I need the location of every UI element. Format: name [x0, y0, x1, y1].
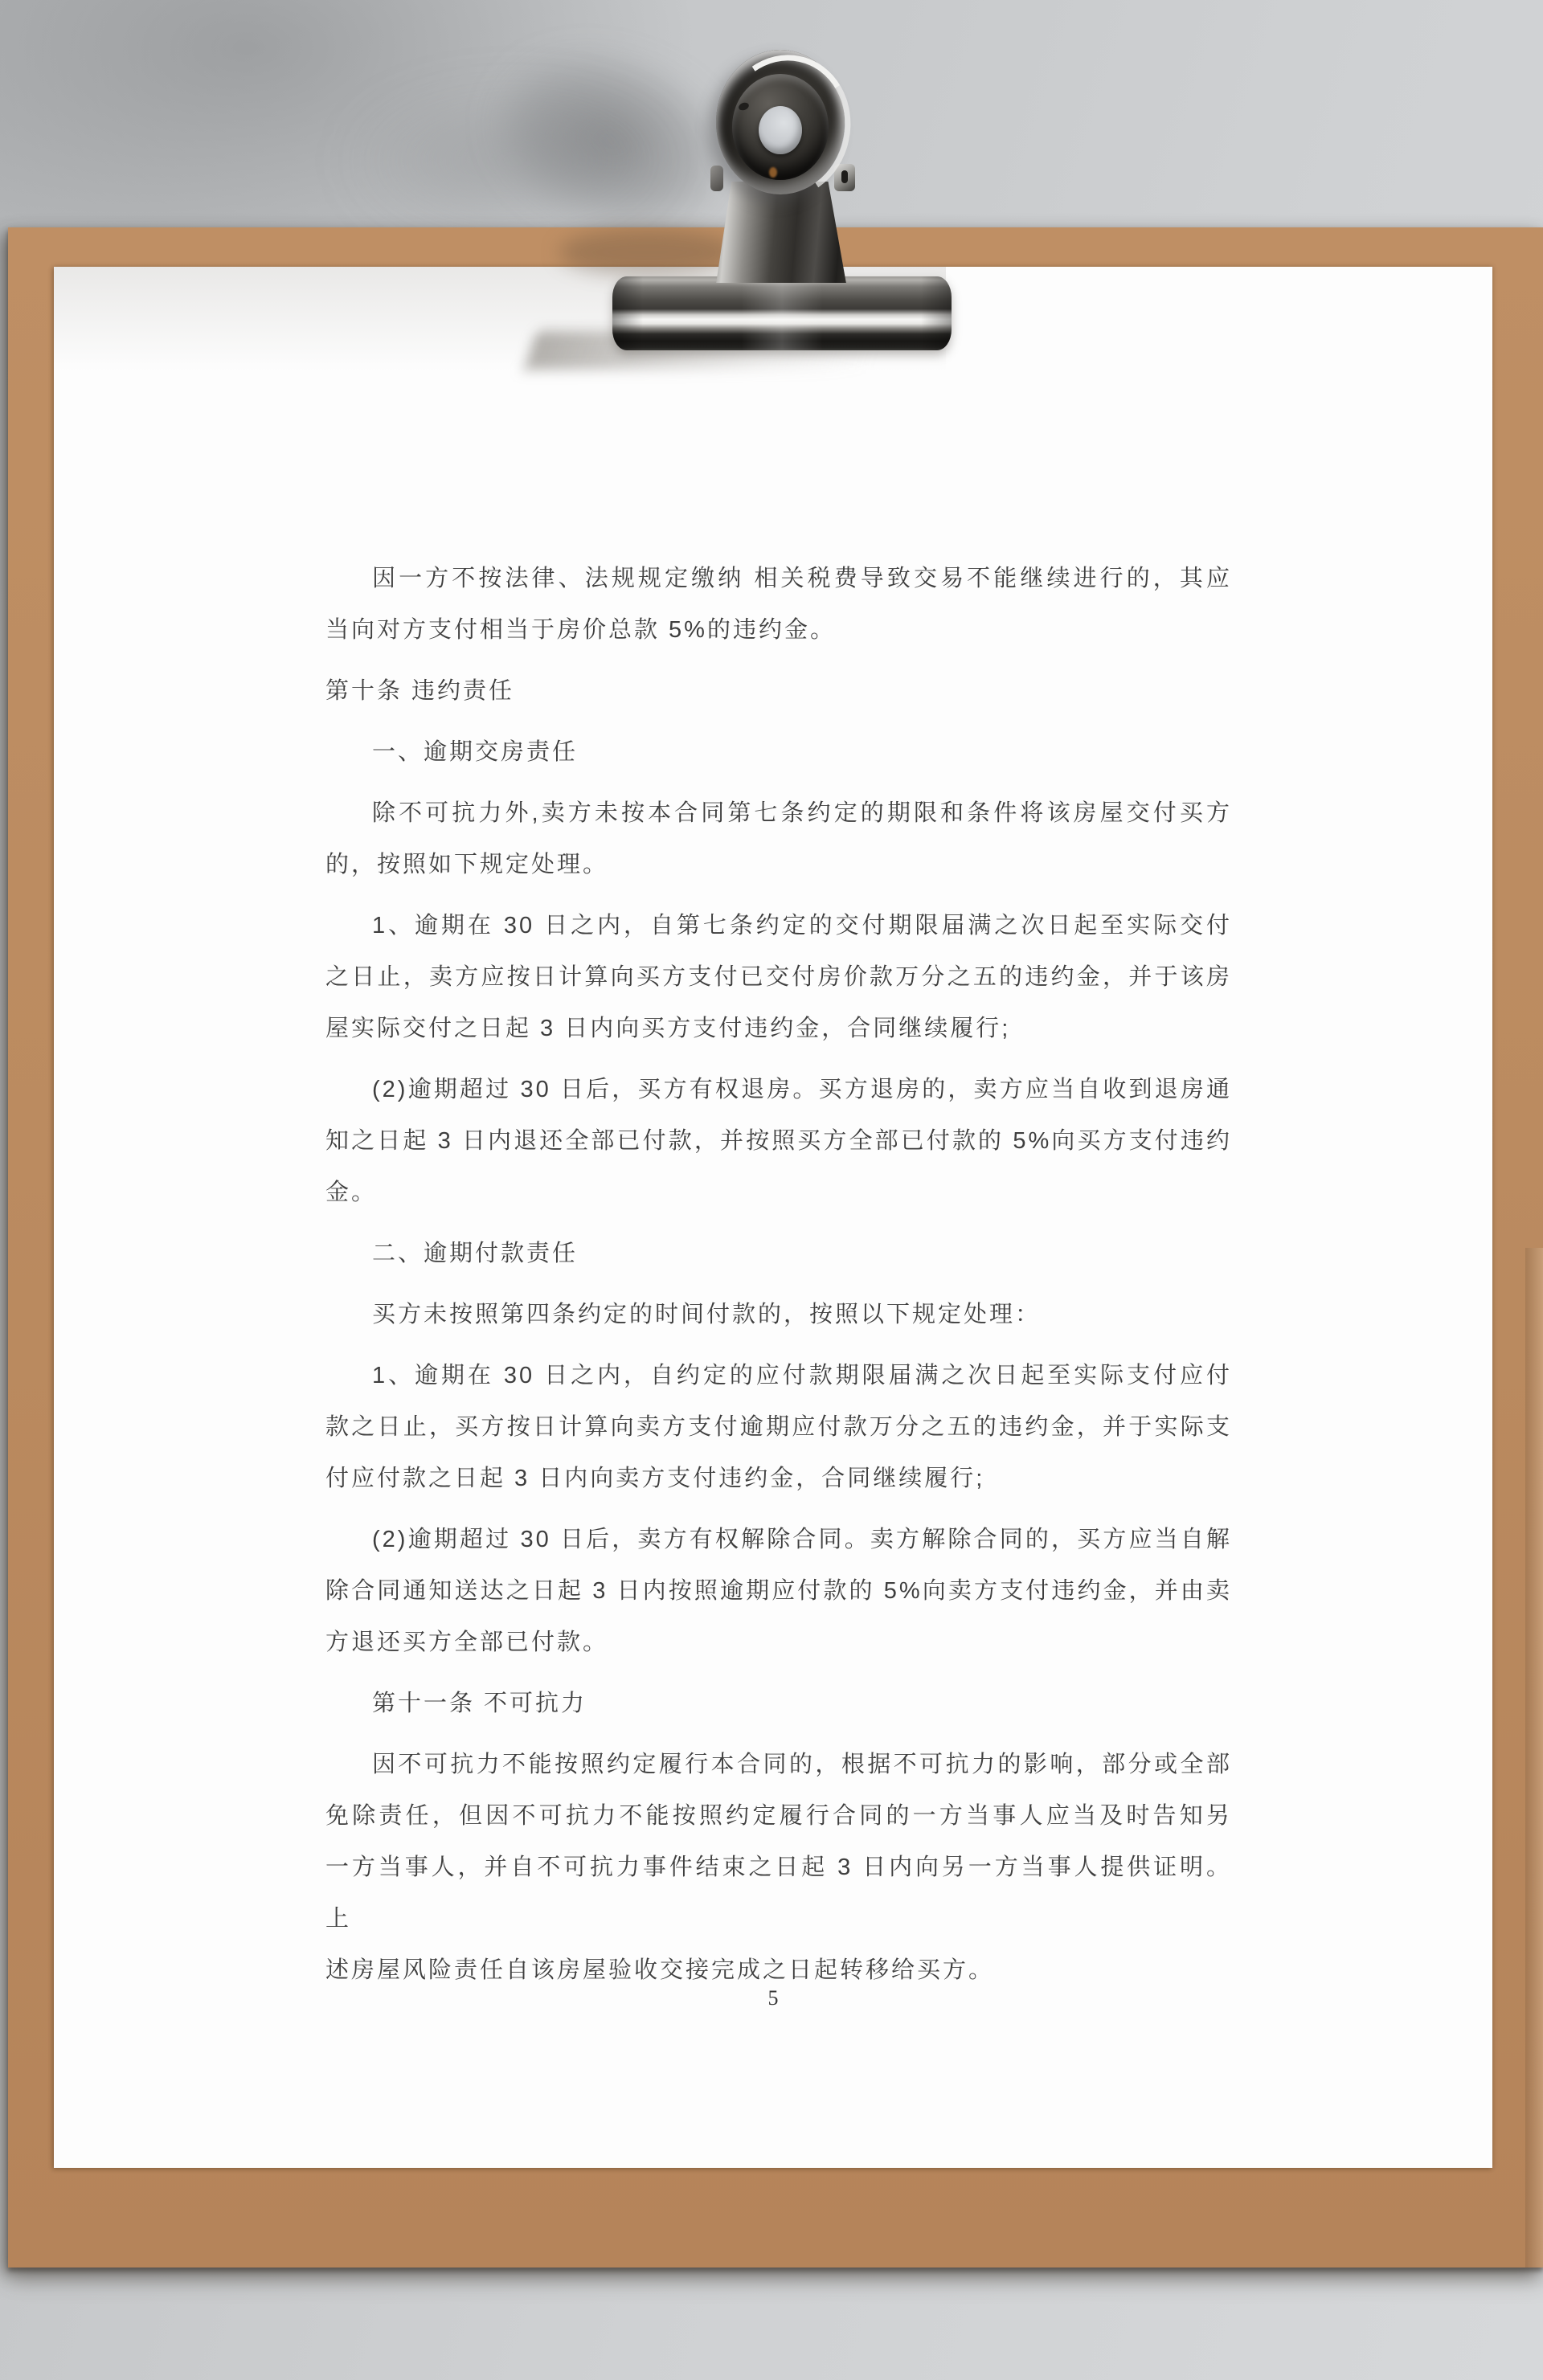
contract-line: 一方当事人，并自不可抗力事件结束之日起 3 日内向另一方当事人提供证明。上 [325, 1842, 1232, 1944]
clip-spring-head [716, 50, 845, 194]
clip-head-glint [769, 167, 777, 178]
contract-line: 免除责任，但因不可抗力不能按照约定履行合同的一方当事人应当及时告知另 [325, 1790, 1232, 1842]
clip-shadow-on-board [559, 229, 736, 276]
clip-jaw [612, 276, 952, 350]
contract-line: 1、逾期在 30 日之内，自第七条约定的交付期限届满之次日起至实际交付 [325, 900, 1232, 951]
contract-line: 当向对方支付相当于房价总款 5%的违约金。 [325, 604, 1232, 656]
clip-left-tab [710, 166, 723, 191]
contract-line: (2)逾期超过 30 日后，卖方有权解除合同。卖方解除合同的，买方应当自解 [325, 1514, 1232, 1565]
contract-line: 因一方不按法律、法规规定缴纳 相关税费导致交易不能继续进行的，其应 [325, 553, 1232, 604]
contract-line: 屋实际交付之日起 3 日内向买方支付违约金，合同继续履行; [325, 1003, 1232, 1054]
contract-line: 因不可抗力不能按照约定履行本合同的，根据不可抗力的影响，部分或全部 [325, 1739, 1232, 1790]
page-number: 5 [54, 1986, 1492, 2010]
contract-line: 1、逾期在 30 日之内，自约定的应付款期限届满之次日起至实际支付应付 [325, 1350, 1232, 1401]
contract-line: 除合同通知送达之日起 3 日内按照逾期应付款的 5%向卖方支付违约金，并由卖 [325, 1565, 1232, 1617]
contract-line: 付应付款之日起 3 日内向卖方支付违约金，合同继续履行; [325, 1453, 1232, 1504]
contract-line: 的，按照如下规定处理。 [325, 839, 1232, 890]
contract-line: 知之日起 3 日内退还全部已付款，并按照买方全部已付款的 5%向买方支付违约 [325, 1115, 1232, 1167]
photo-scene: 因一方不按法律、法规规定缴纳 相关税费导致交易不能继续进行的，其应当向对方支付相… [0, 0, 1543, 2380]
contract-line: 之日止，卖方应按日计算向买方支付已交付房价款万分之五的违约金，并于该房 [325, 951, 1232, 1003]
contract-line: 除不可抗力外,卖方未按本合同第七条约定的期限和条件将该房屋交付买方 [325, 787, 1232, 839]
contract-line: 方退还买方全部已付款。 [325, 1617, 1232, 1668]
contract-line: 第十条 违约责任 [325, 665, 1232, 717]
contract-line: 第十一条 不可抗力 [325, 1678, 1232, 1729]
contract-line: 一、逾期交房责任 [325, 726, 1232, 778]
clip-center-hole [759, 106, 802, 154]
contract-text: 因一方不按法律、法规规定缴纳 相关税费导致交易不能继续进行的，其应当向对方支付相… [325, 553, 1232, 1996]
contract-line: 金。 [325, 1167, 1232, 1218]
contract-line: 二、逾期付款责任 [325, 1228, 1232, 1279]
contract-line: (2)逾期超过 30 日后，买方有权退房。买方退房的，卖方应当自收到退房通 [325, 1064, 1232, 1115]
contract-line: 款之日止，买方按日计算向卖方支付逾期应付款万分之五的违约金，并于实际支 [325, 1401, 1232, 1453]
contract-line: 买方未按照第四条约定的时间付款的，按照以下规定处理： [325, 1289, 1232, 1340]
contract-page: 因一方不按法律、法规规定缴纳 相关税费导致交易不能继续进行的，其应当向对方支付相… [54, 267, 1492, 2168]
